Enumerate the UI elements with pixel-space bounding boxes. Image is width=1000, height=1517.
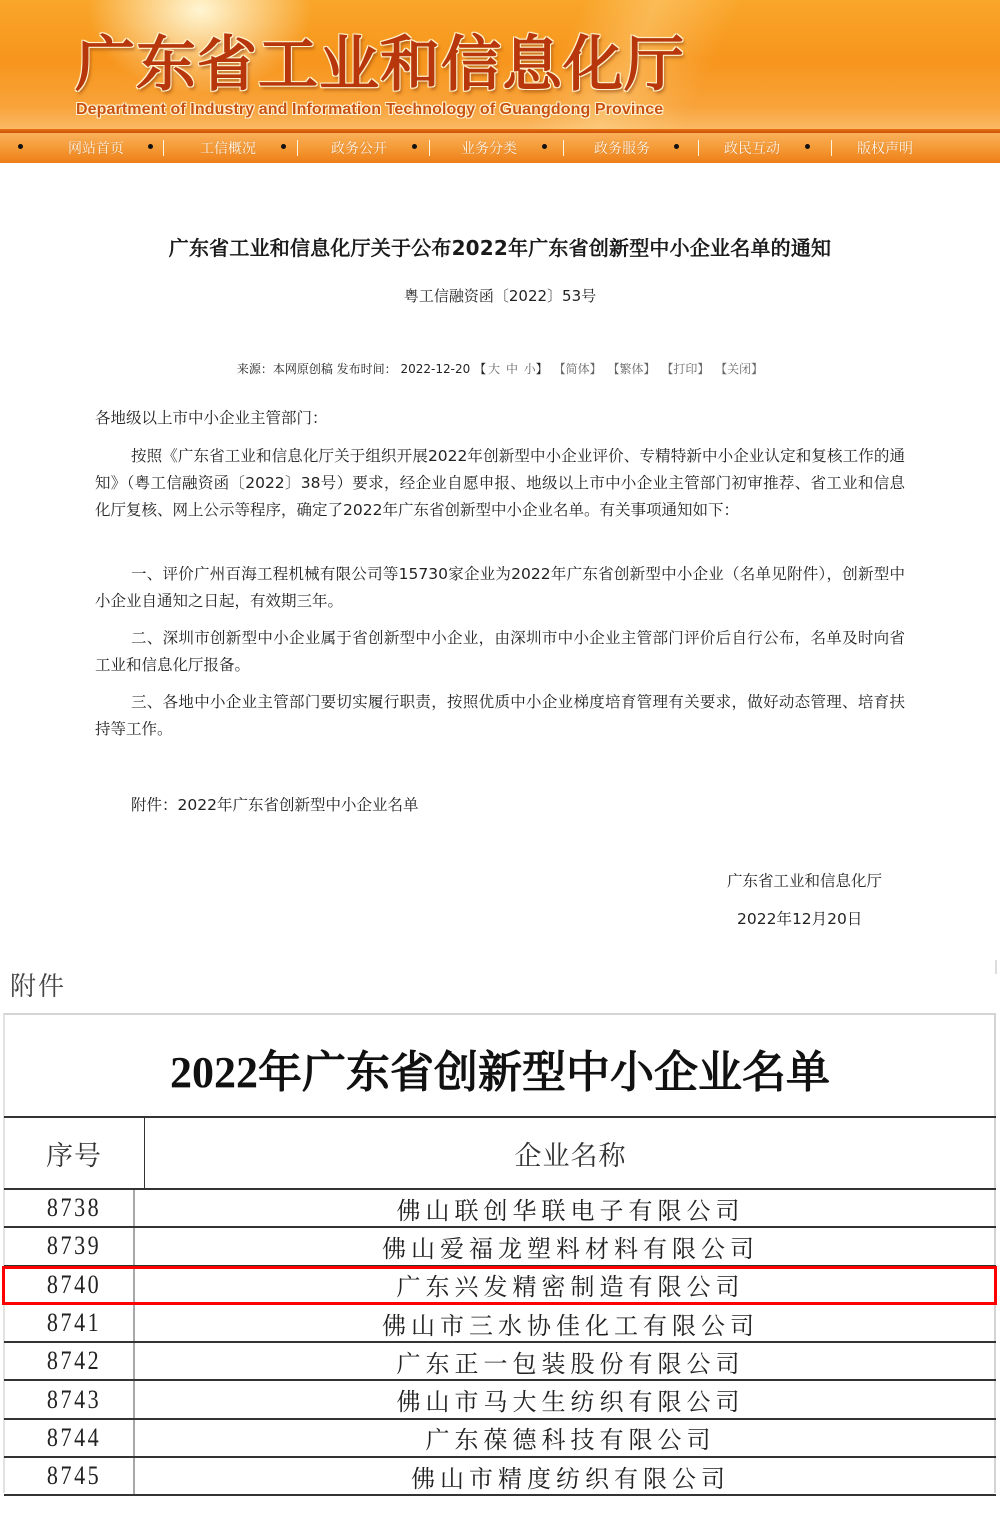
body-paragraph: 按照《广东省工业和信息化厅关于组织开展2022年创新型中小企业评价、专精特新中小… [95, 443, 905, 524]
nav-separator [563, 140, 564, 156]
nav-separator [429, 140, 430, 156]
company-name: 佛山市马大生纺织有限公司 [145, 1381, 996, 1417]
font-size-bracket-open: 【 [474, 362, 486, 376]
company-name: 广东葆德科技有限公司 [145, 1420, 996, 1456]
document-number: 粤工信融资函〔2022〕53号 [0, 285, 1000, 306]
nav-item-copyright[interactable]: 版权声明 [857, 133, 913, 163]
table-row: 8744 广东葆德科技有限公司 [4, 1420, 996, 1458]
nav-item-label[interactable]: 网站首页 [68, 138, 124, 158]
row-number: 8744 [15, 1420, 135, 1456]
nav-item-label[interactable]: 版权声明 [857, 138, 913, 158]
print-link[interactable]: 【打印】 [661, 362, 709, 376]
body-paragraph: 一、评价广州百海工程机械有限公司等15730家企业为2022年广东省创新型中小企… [95, 561, 905, 615]
main-nav: 网站首页 工信概况 政务公开 业务分类 政务服务 政民互动 版权声明 [0, 133, 1000, 163]
nav-bullet-icon [18, 144, 23, 149]
published-label: 发布时间： [337, 362, 397, 376]
nav-separator [698, 140, 699, 156]
column-header-no: 序号 [4, 1118, 145, 1188]
nav-item-gov-services[interactable]: 政务服务 [594, 133, 650, 163]
nav-item-label[interactable]: 政务公开 [331, 138, 387, 158]
table-row: 8738 佛山联创华联电子有限公司 [4, 1190, 996, 1228]
table-row-highlighted: 8740 广东兴发精密制造有限公司 [4, 1267, 996, 1305]
font-size-small-link[interactable]: 小 [524, 362, 536, 376]
company-name: 广东兴发精密制造有限公司 [145, 1267, 996, 1303]
row-number: 8745 [15, 1458, 135, 1494]
nav-bullet-icon [805, 144, 810, 149]
font-size-bracket-close: 】 [536, 362, 548, 376]
body-paragraph: 二、深圳市创新型中小企业属于省创新型中小企业，由深圳市中小企业主管部门评价后自行… [95, 625, 905, 679]
attachment-list-title: 2022年广东省创新型中小企业名单 [0, 1036, 1000, 1100]
company-name: 广东正一包装股份有限公司 [145, 1343, 996, 1379]
column-header-name: 企业名称 [145, 1118, 996, 1188]
nav-bullet-icon [412, 144, 417, 149]
row-number: 8739 [15, 1228, 135, 1264]
scan-edge [995, 960, 997, 974]
table-row: 8743 佛山市马大生纺织有限公司 [4, 1381, 996, 1419]
table-row: 8742 广东正一包装股份有限公司 [4, 1343, 996, 1381]
row-number: 8741 [15, 1305, 135, 1341]
nav-item-label[interactable]: 政民互动 [724, 138, 780, 158]
row-number: 8738 [15, 1190, 135, 1226]
table-row: 8741 佛山市三水协佳化工有限公司 [4, 1305, 996, 1343]
nav-item-label[interactable]: 政务服务 [594, 138, 650, 158]
attachment-link[interactable]: 附件：2022年广东省创新型中小企业名单 [95, 792, 905, 819]
published-date: 2022-12-20 [401, 362, 471, 376]
table-header-row: 序号 企业名称 [4, 1118, 996, 1190]
site-title: 广东省工业和信息化厅 [75, 30, 685, 100]
salutation: 各地级以上市中小企业主管部门： [95, 405, 905, 432]
nav-item-gov-affairs-open[interactable]: 政务公开 [331, 133, 387, 163]
nav-separator [831, 140, 832, 156]
article-title: 广东省工业和信息化厅关于公布2022年广东省创新型中小企业名单的通知 [0, 232, 1000, 261]
nav-item-business-categories[interactable]: 业务分类 [461, 133, 517, 163]
traditional-chinese-link[interactable]: 【繁体】 [607, 362, 655, 376]
nav-item-home[interactable]: 网站首页 [68, 133, 124, 163]
nav-bullet-icon [674, 144, 679, 149]
company-name: 佛山联创华联电子有限公司 [145, 1190, 996, 1226]
nav-bullet-icon [542, 144, 547, 149]
attachment-label: 附件 [10, 966, 66, 1003]
company-name: 佛山市精度纺织有限公司 [145, 1458, 996, 1494]
site-subtitle: Department of Industry and Information T… [76, 101, 663, 119]
signature-org: 广东省工业和信息化厅 [727, 869, 882, 891]
font-size-large-link[interactable]: 大 [488, 362, 500, 376]
table-row: 8739 佛山爱福龙塑料材料有限公司 [4, 1228, 996, 1266]
site-banner: 广东省工业和信息化厅 Department of Industry and In… [0, 0, 1000, 133]
company-list-table: 序号 企业名称 8738 佛山联创华联电子有限公司 8739 佛山爱福龙塑料材料… [4, 1116, 996, 1496]
table-row: 8745 佛山市精度纺织有限公司 [4, 1458, 996, 1496]
nav-bullet-icon [281, 144, 286, 149]
nav-separator [297, 140, 298, 156]
font-size-medium-link[interactable]: 中 [506, 362, 518, 376]
simplified-chinese-link[interactable]: 【简体】 [554, 362, 602, 376]
company-name: 佛山爱福龙塑料材料有限公司 [145, 1228, 996, 1264]
row-number: 8740 [15, 1267, 135, 1303]
row-number: 8742 [15, 1343, 135, 1379]
nav-item-label[interactable]: 业务分类 [461, 138, 517, 158]
close-link[interactable]: 【关闭】 [715, 362, 763, 376]
nav-item-label[interactable]: 工信概况 [200, 138, 256, 158]
source-label: 来源：本网原创稿 [237, 362, 333, 376]
signature-date: 2022年12月20日 [737, 907, 862, 929]
nav-item-public-interaction[interactable]: 政民互动 [724, 133, 780, 163]
body-paragraph: 三、各地中小企业主管部门要切实履行职责，按照优质中小企业梯度培育管理有关要求，做… [95, 689, 905, 743]
nav-separator [163, 140, 164, 156]
row-number: 8743 [15, 1381, 135, 1417]
company-name: 佛山市三水协佳化工有限公司 [145, 1305, 996, 1341]
nav-bullet-icon [148, 144, 153, 149]
nav-item-overview[interactable]: 工信概况 [200, 133, 256, 163]
article-meta: 来源：本网原创稿 发布时间： 2022-12-20 【大 中 小】 【简体】 【… [0, 360, 1000, 377]
